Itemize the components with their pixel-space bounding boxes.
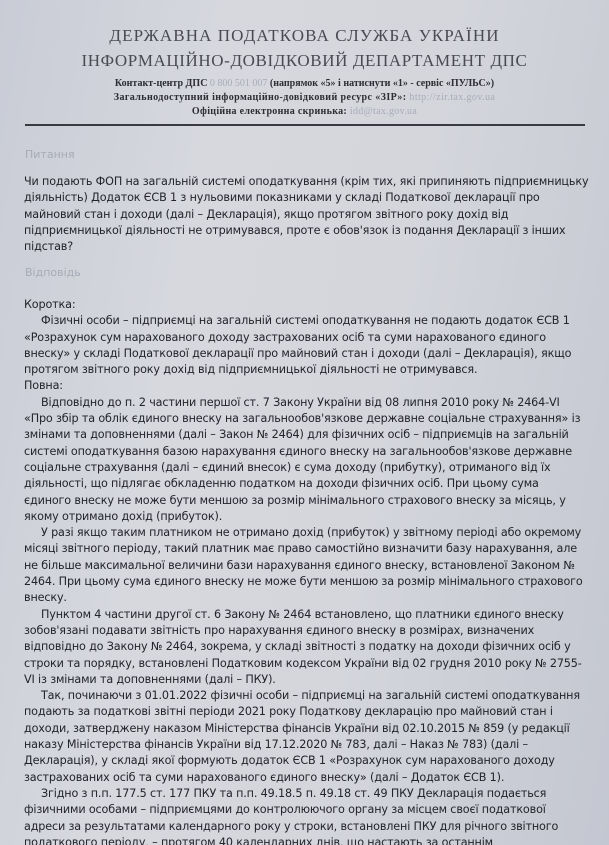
full-answer-heading: Повна: — [24, 378, 589, 394]
agency-title: ДЕРЖАВНА ПОДАТКОВА СЛУЖБА УКРАЇНИ — [0, 26, 609, 46]
question-label: Питання — [25, 148, 75, 161]
resource-link[interactable]: http://zir.tax.gov.ua — [409, 92, 495, 103]
short-answer-heading: Коротка: — [24, 297, 589, 313]
contact-center-line: Контакт-центр ДПС 0 800 501 007 (напрямо… — [0, 78, 609, 89]
mailbox-line: Офіційна електронна скринька: idd@tax.go… — [0, 106, 609, 117]
header-divider — [25, 124, 585, 126]
contact-prefix: Контакт-центр ДПС — [115, 78, 208, 89]
answer-label: Відповідь — [25, 266, 81, 279]
contact-suffix: (напрямок «5» і натиснути «1» - сервіс «… — [270, 78, 494, 89]
question-paragraph: Чи подають ФОП на загальній системі опод… — [24, 174, 589, 255]
question-text: Чи подають ФОП на загальній системі опод… — [24, 174, 589, 255]
short-answer-text: Фізичні особи – підприємці на загальній … — [24, 313, 589, 378]
full-answer-paragraph: Згідно з п.п. 177.5 ст. 177 ПКУ та п.п. … — [24, 786, 589, 845]
contact-phone: 0 800 501 007 — [210, 78, 268, 89]
resource-line: Загальнодоступний інформаційно-довідкови… — [0, 92, 609, 103]
full-answer-paragraph: Так, починаючи з 01.01.2022 фізичні особ… — [24, 688, 589, 786]
answer-body: Коротка: Фізичні особи – підприємці на з… — [24, 297, 589, 845]
mailbox-email-link[interactable]: idd@tax.gov.ua — [350, 106, 417, 117]
document-page: ДЕРЖАВНА ПОДАТКОВА СЛУЖБА УКРАЇНИ ІНФОРМ… — [0, 0, 609, 845]
full-answer-paragraph: Пунктом 4 частини другої ст. 6 Закону № … — [24, 607, 589, 688]
mailbox-prefix: Офіційна електронна скринька: — [192, 106, 347, 117]
full-answer-paragraph: У разі якщо таким платником не отримано … — [24, 525, 589, 606]
resource-prefix: Загальнодоступний інформаційно-довідкови… — [114, 92, 407, 103]
department-title: ІНФОРМАЦІЙНО-ДОВІДКОВИЙ ДЕПАРТАМЕНТ ДПС — [0, 51, 609, 71]
full-answer-paragraph: Відповідно до п. 2 частини першої ст. 7 … — [24, 395, 589, 525]
